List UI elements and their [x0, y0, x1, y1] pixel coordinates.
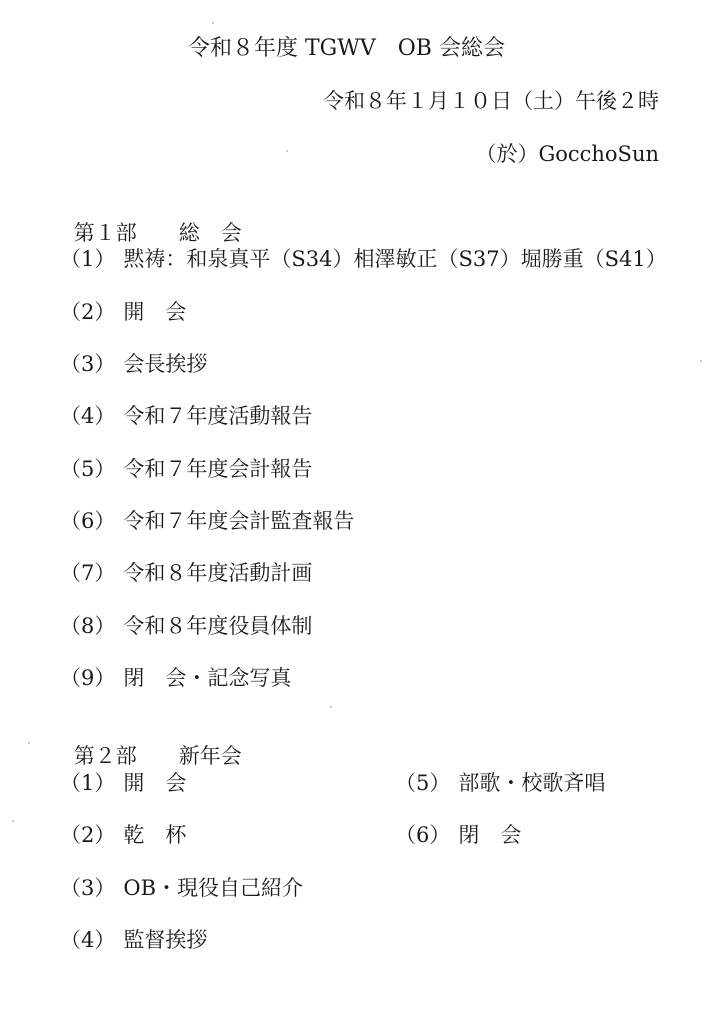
item-number: （8）	[60, 613, 115, 639]
item-text: 令和７年度活動報告	[123, 404, 312, 428]
item-text: 開 会	[123, 771, 186, 795]
item-number: （7）	[60, 560, 115, 586]
part2-label: 第２部	[74, 744, 137, 768]
event-date: 令和８年１月１０日（土）午後２時	[323, 88, 659, 114]
part1-item: （8）令和８年度役員体制	[60, 613, 312, 639]
item-number: （4）	[60, 403, 115, 429]
part2-item: （1）開 会	[60, 770, 186, 796]
item-number: （5）	[395, 770, 450, 796]
item-text: 部歌・校歌斉唱	[458, 771, 605, 795]
item-number: （3）	[60, 351, 115, 377]
part1-item: （2）開 会	[60, 299, 186, 325]
part1-item: （3）会長挨拶	[60, 351, 207, 377]
item-number: （2）	[60, 299, 115, 325]
scan-speck	[12, 820, 14, 822]
part2-item: （4）監督挨拶	[60, 927, 207, 953]
item-number: （5）	[60, 456, 115, 482]
item-text: 黙祷：和泉真平（S34）相澤敏正（S37）堀勝重（S41）	[123, 247, 666, 271]
item-number: （3）	[60, 875, 115, 901]
event-venue: （於）GocchoSun	[475, 141, 659, 167]
part2-item: （2）乾 杯	[60, 822, 186, 848]
document-title: 令和８年度 TGWV OB 会総会	[188, 36, 505, 62]
item-text: 令和７年度会計監査報告	[123, 509, 354, 533]
part2-name: 新年会	[179, 744, 242, 768]
item-text: OB・現役自己紹介	[123, 876, 303, 900]
part1-name: 総 会	[179, 221, 242, 245]
item-text: 令和７年度会計報告	[123, 457, 312, 481]
scan-speck	[286, 150, 288, 152]
item-number: （9）	[60, 665, 115, 691]
item-text: 令和８年度活動計画	[123, 561, 312, 585]
part1-item: （5）令和７年度会計報告	[60, 456, 312, 482]
part2-item: （6）閉 会	[395, 822, 521, 848]
item-number: （6）	[60, 508, 115, 534]
part2-item: （3）OB・現役自己紹介	[60, 875, 303, 901]
scan-speck	[28, 742, 30, 744]
part1-item: （9）閉 会・記念写真	[60, 665, 291, 691]
item-text: 閉 会	[458, 823, 521, 847]
part1-item: （4）令和７年度活動報告	[60, 403, 312, 429]
item-number: （6）	[395, 822, 450, 848]
item-text: 乾 杯	[123, 823, 186, 847]
item-number: （1）	[60, 246, 115, 272]
item-text: 令和８年度役員体制	[123, 614, 312, 638]
part1-label: 第１部	[74, 221, 137, 245]
item-text: 監督挨拶	[123, 928, 207, 952]
part2-item: （5）部歌・校歌斉唱	[395, 770, 605, 796]
item-number: （4）	[60, 927, 115, 953]
scan-speck	[700, 360, 702, 362]
part1-item: （1）黙祷：和泉真平（S34）相澤敏正（S37）堀勝重（S41）	[60, 246, 667, 272]
item-text: 開 会	[123, 300, 186, 324]
part1-item: （6）令和７年度会計監査報告	[60, 508, 354, 534]
item-number: （1）	[60, 770, 115, 796]
item-text: 閉 会・記念写真	[123, 666, 291, 690]
part1-item: （7）令和８年度活動計画	[60, 560, 312, 586]
scan-speck	[212, 22, 214, 24]
item-number: （2）	[60, 822, 115, 848]
scan-speck	[330, 706, 332, 708]
item-text: 会長挨拶	[123, 352, 207, 376]
